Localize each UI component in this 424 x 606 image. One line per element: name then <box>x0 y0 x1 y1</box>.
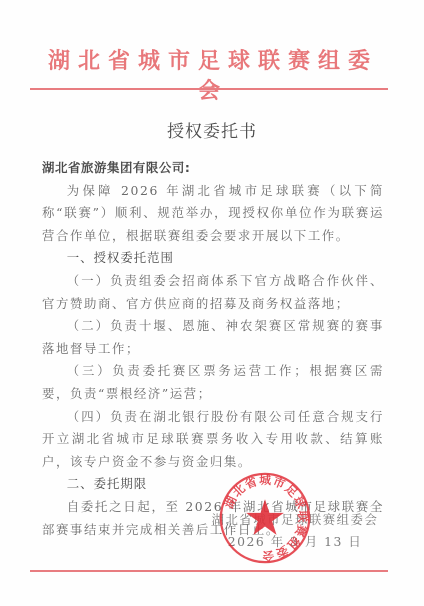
scope-item-2: （二）负责十堰、恩施、神农架赛区常规赛的赛事落地督导工作； <box>42 315 384 360</box>
scope-item-1: （一）负责组委会招商体系下官方战略合作伙伴、官方赞助商、官方供应商的招募及商务权… <box>42 270 384 315</box>
scope-item-4: （四）负责在湖北银行股份有限公司任意合规支行开立湖北省城市足球联赛票务收入专用收… <box>42 406 384 474</box>
signature-organization: 湖北省城市足球联赛组委会 <box>210 509 380 531</box>
footer-divider <box>30 570 388 572</box>
signature-date: 2026 年 3 月 13 日 <box>210 531 380 553</box>
letterhead-divider <box>30 88 388 90</box>
signature-block: 湖北省城市足球联赛组委会 2026 年 3 月 13 日 <box>210 509 380 553</box>
document-page: 湖北省城市足球联赛组委会 授权委托书 湖北省旅游集团有限公司: 为保障 2026… <box>0 0 424 606</box>
section-heading-term: 二、委托期限 <box>42 473 384 496</box>
document-title: 授权委托书 <box>0 117 424 142</box>
intro-paragraph: 为保障 2026 年湖北省城市足球联赛（以下简称“联赛”）顺利、规范举办，现授权… <box>42 180 384 248</box>
section-heading-scope: 一、授权委托范围 <box>42 247 384 270</box>
document-body: 湖北省旅游集团有限公司: 为保障 2026 年湖北省城市足球联赛（以下简称“联赛… <box>42 157 384 541</box>
scope-item-3: （三）负责委托赛区票务运营工作；根据赛区需要，负责“票根经济”运营； <box>42 360 384 405</box>
addressee: 湖北省旅游集团有限公司: <box>42 157 384 180</box>
letterhead-title: 湖北省城市足球联赛组委会 <box>30 47 388 107</box>
